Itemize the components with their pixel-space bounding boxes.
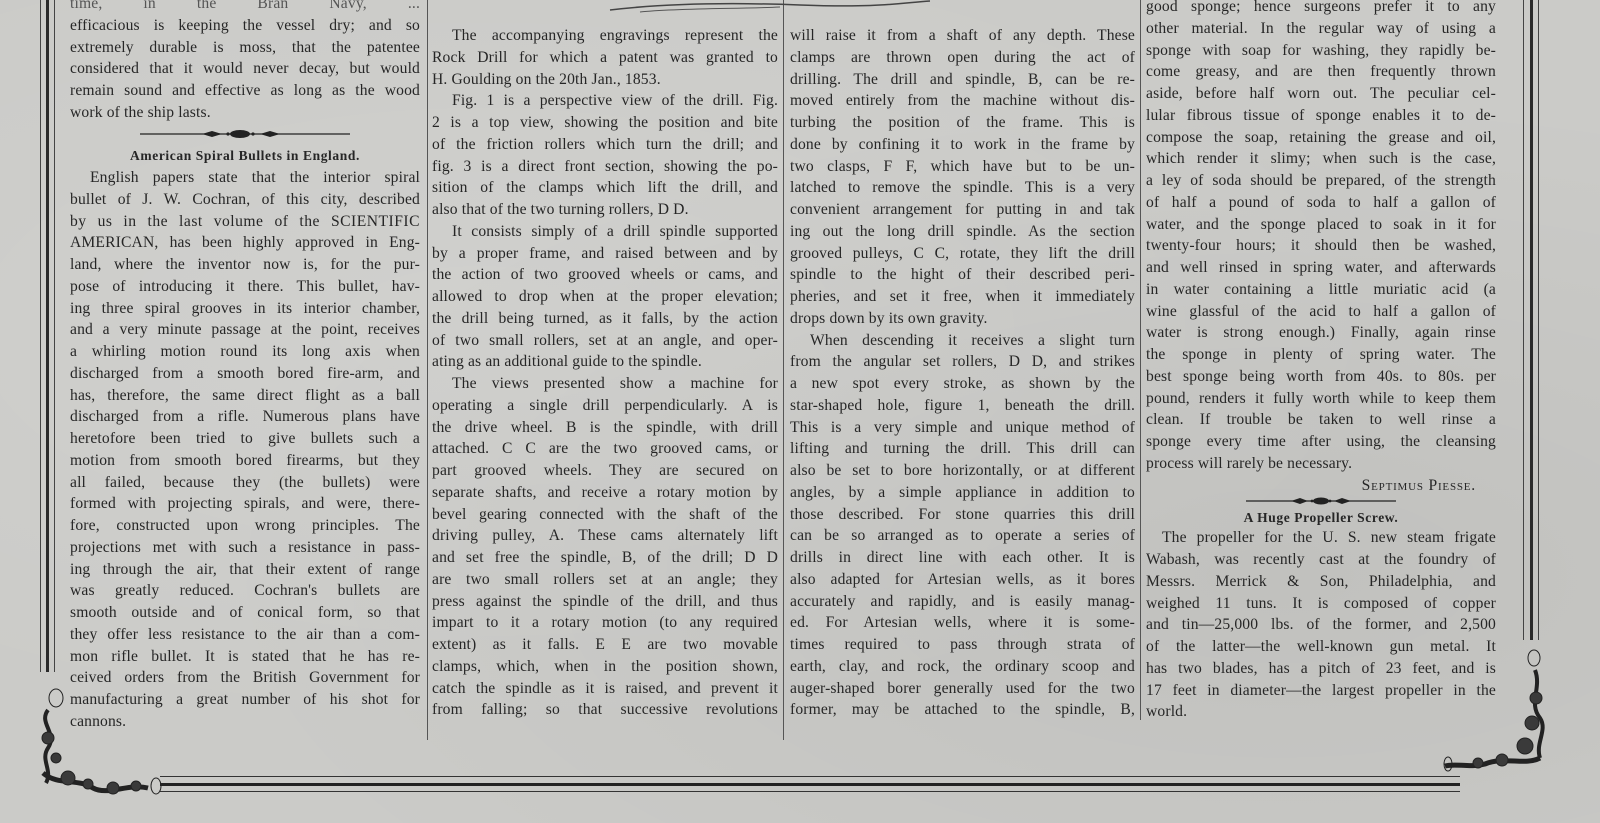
- text-line: good sponge; hence surgeons prefer it to…: [1146, 0, 1496, 18]
- text-line: Rock Drill for which a patent was grante…: [432, 47, 778, 69]
- right-border-rule-outer: [1523, 0, 1524, 640]
- text-line: wine glassful of the acid to half a gall…: [1146, 301, 1496, 323]
- text-line: The propeller for the U. S. new steam fr…: [1146, 527, 1496, 549]
- text-line: all failed, because they (the bullets) w…: [70, 472, 420, 494]
- text-line: also adapted for Artesian wells, as it b…: [790, 569, 1135, 591]
- text-line: and a very minute passage at the point, …: [70, 319, 420, 341]
- divider-flourish-icon: [140, 129, 350, 139]
- text-line: Wabash, was recently cast at the foundry…: [1146, 549, 1496, 571]
- text-line: and well rinsed in spring water, and aft…: [1146, 257, 1496, 279]
- text-line: land, where the inventor now is, for the…: [70, 254, 420, 276]
- text-line: fig. 3 is a direct front section, showin…: [432, 156, 778, 178]
- author-signature: Septimus Piesse.: [1146, 475, 1496, 497]
- text-line: are two small rollers set at an angle; t…: [432, 569, 778, 591]
- text-line: work of the ship lasts.: [70, 102, 420, 124]
- text-line: turbing the position of the frame. This …: [790, 112, 1135, 134]
- ornamental-corner-bottom-left-icon: [18, 678, 168, 808]
- text-line: by us in the last volume of the SCIENTIF…: [70, 211, 420, 233]
- article-heading: American Spiral Bullets in England.: [70, 145, 420, 167]
- text-line: motion from smooth bored firearms, but t…: [70, 450, 420, 472]
- text-line: fore, constructed upon wrong principles.…: [70, 515, 420, 537]
- text-line: ating as an additional guide to the spin…: [432, 351, 778, 373]
- text-line: in water containing a little muriatic ac…: [1146, 279, 1496, 301]
- column-separator-1: [427, 0, 428, 740]
- text-line: extent) as it falls. E E are two movable: [432, 634, 778, 656]
- right-border-rule-inner: [1538, 0, 1539, 640]
- text-line: discharged from a smooth bored fire-arm,…: [70, 363, 420, 385]
- text-line: pound, renders it fully worth while to k…: [1146, 388, 1496, 410]
- text-line: the drive wheel. B is the spindle, with …: [432, 417, 778, 439]
- text-line: drilling. The drill and spindle, B, can …: [790, 69, 1135, 91]
- text-line: operating a single drill perpendicularly…: [432, 395, 778, 417]
- text-line: moved entirely from the machine without …: [790, 90, 1135, 112]
- text-line: two clasps, F F, which have but to be un…: [790, 156, 1135, 178]
- text-line: water, and the sponge placed to soak in …: [1146, 214, 1496, 236]
- text-line: It consists simply of a drill spindle su…: [432, 221, 778, 243]
- text-line: drops down by its own gravity.: [790, 308, 1135, 330]
- text-line: process will rarely be necessary.: [1146, 453, 1496, 475]
- text-line: aside, before half worn out. The peculia…: [1146, 83, 1496, 105]
- text-line: pose of introducing it there. This bulle…: [70, 276, 420, 298]
- ornamental-corner-bottom-right-icon: [1440, 648, 1570, 778]
- bottom-border-rule-thick: [160, 783, 1460, 786]
- text-line: clean. If trouble be taken to well rinse…: [1146, 409, 1496, 431]
- text-line: mon rifle bullet. It is stated that he h…: [70, 646, 420, 668]
- text-line: H. Goulding on the 20th Jan., 1853.: [432, 69, 778, 91]
- text-line: ed. For Artesian wells, where it is some…: [790, 612, 1135, 634]
- text-line: spindle to the hight of their described …: [790, 264, 1135, 286]
- text-line: they offer less resistance to the air th…: [70, 624, 420, 646]
- text-line: AMERICAN, has been highly approved in En…: [70, 232, 420, 254]
- text-line: driving pulley, A. These cams alternatel…: [432, 525, 778, 547]
- right-border-rule-thick: [1530, 0, 1533, 640]
- column-2: The accompanying engravings represent th…: [432, 25, 778, 721]
- text-line: time, in the Bran Navy, ...: [70, 0, 420, 15]
- text-line: ing out the long drill spindle. As the s…: [790, 221, 1135, 243]
- bottom-border-rule-top: [160, 776, 1460, 777]
- text-line: bevel gearing connected with the shaft o…: [432, 504, 778, 526]
- text-line: and tin—25,000 lbs. of the former, and 2…: [1146, 614, 1496, 636]
- text-line: and set free the spindle, B, of the dril…: [432, 547, 778, 569]
- text-line: the sponge in plenty of spring water. Th…: [1146, 344, 1496, 366]
- text-line: grooved pulleys, C C, rotate, they lift …: [790, 243, 1135, 265]
- text-line: those described. For stone quarries this…: [790, 504, 1135, 526]
- text-line: the action of two grooved wheels or cams…: [432, 264, 778, 286]
- text-line: clamps are thrown open during the act of: [790, 47, 1135, 69]
- text-line: of the friction rollers which turn the d…: [432, 134, 778, 156]
- text-line: water is strong enough.) Finally, again …: [1146, 322, 1496, 344]
- text-line: accurately and rapidly, and is easily ma…: [790, 591, 1135, 613]
- text-line: best sponge being worth from 40s. to 80s…: [1146, 366, 1496, 388]
- column-3: will raise it from a shaft of any depth.…: [790, 25, 1135, 721]
- column-4: good sponge; hence surgeons prefer it to…: [1146, 0, 1496, 723]
- divider-flourish-icon: [1246, 496, 1396, 506]
- text-line: a whirling motion round its long axis wh…: [70, 341, 420, 363]
- text-line: This is a very simple and unique method …: [790, 417, 1135, 439]
- text-line: can be so arranged as to operate a serie…: [790, 525, 1135, 547]
- text-line: impart to it a rotary motion (to any req…: [432, 612, 778, 634]
- text-line: a new spot every stroke, as shown by the: [790, 373, 1135, 395]
- text-line: of two small rollers, set at an angle, a…: [432, 330, 778, 352]
- column-separator-2: [783, 0, 784, 740]
- column-separator-3: [1140, 0, 1141, 720]
- text-line: former, may be attached to the spindle, …: [790, 699, 1135, 721]
- text-line: bullet of J. W. Cochran, of this city, d…: [70, 189, 420, 211]
- text-line: The accompanying engravings represent th…: [432, 25, 778, 47]
- bottom-border-rule-bottom: [160, 791, 1460, 792]
- text-line: formed with projecting spirals, and were…: [70, 493, 420, 515]
- newspaper-page: time, in the Bran Navy, ... efficacious …: [0, 0, 1600, 823]
- text-line: angles, by a simple appliance in additio…: [790, 482, 1135, 504]
- text-line: earth, clay, and rock, the ordinary scoo…: [790, 656, 1135, 678]
- text-line: lifting and turning the drill. This dril…: [790, 438, 1135, 460]
- text-line: other material. In the regular way of us…: [1146, 18, 1496, 40]
- text-line: was greatly reduced. Cochran's bullets a…: [70, 580, 420, 602]
- text-line: press against the spindle of the drill, …: [432, 591, 778, 613]
- text-line: The views presented show a machine for: [432, 373, 778, 395]
- text-line: 2 is a top view, showing the position an…: [432, 112, 778, 134]
- text-line: has, therefore, the same direct flight a…: [70, 385, 420, 407]
- text-line: come greasy, and are then frequently thr…: [1146, 61, 1496, 83]
- ornamental-divider: [70, 124, 420, 146]
- text-line: extremely durable is moss, that the pate…: [70, 37, 420, 59]
- text-line: drills in direct line with each other. I…: [790, 547, 1135, 569]
- text-line: weighed 11 tuns. It is composed of coppe…: [1146, 593, 1496, 615]
- text-line: also that of the two turning rollers, D …: [432, 199, 778, 221]
- text-line: projections met with such a resistance i…: [70, 537, 420, 559]
- text-line: convenient arrangement for putting in an…: [790, 199, 1135, 221]
- text-line: sponge with soap for washing, they rapid…: [1146, 40, 1496, 62]
- text-line: also be set to bore horizontally, or at …: [790, 460, 1135, 482]
- text-line: done by confining it to work in the fram…: [790, 134, 1135, 156]
- text-line: allowed to drop when at the proper eleva…: [432, 286, 778, 308]
- column-1: time, in the Bran Navy, ... efficacious …: [70, 0, 420, 733]
- text-line: star-shaped hole, figure 1, beneath the …: [790, 395, 1135, 417]
- left-border-rule-inner: [54, 0, 55, 672]
- text-line: lular fibrous tissue of sponge enables i…: [1146, 105, 1496, 127]
- text-line: by a proper frame, and raised between an…: [432, 243, 778, 265]
- text-line: which render it slimy; when such is the …: [1146, 148, 1496, 170]
- text-line: catch the spindle as it is raised, and p…: [432, 678, 778, 700]
- text-line: part grooved wheels. They are secured on: [432, 460, 778, 482]
- text-line: compose the soap, retaining the grease a…: [1146, 127, 1496, 149]
- text-line: Messrs. Merrick & Son, Philadelphia, and: [1146, 571, 1496, 593]
- text-line: separate shafts, and receive a rotary mo…: [432, 482, 778, 504]
- text-line: considered that it would never decay, bu…: [70, 58, 420, 80]
- text-line: latched to remove the spindle. This is a…: [790, 177, 1135, 199]
- text-line: sponge every time after using, the clean…: [1146, 431, 1496, 453]
- text-line: pheries, and set it free, when it immedi…: [790, 286, 1135, 308]
- engraving-fragment: [600, 0, 940, 14]
- text-line: smooth outside and of conical form, so t…: [70, 602, 420, 624]
- left-border-rule-outer: [40, 0, 41, 672]
- ornamental-divider: [1146, 496, 1496, 508]
- text-line: times required to pass through strata of: [790, 634, 1135, 656]
- text-line: a ley of soda should be prepared, of the…: [1146, 170, 1496, 192]
- text-line: ing three spiral grooves in its interior…: [70, 298, 420, 320]
- text-line: from falling; so that successive revolut…: [432, 699, 778, 721]
- text-line: English papers state that the interior s…: [70, 167, 420, 189]
- text-line: sition of the clamps which lift the dril…: [432, 177, 778, 199]
- text-line: attached. C C are the two grooved cams, …: [432, 438, 778, 460]
- text-line: remain sound and effective as long as th…: [70, 80, 420, 102]
- text-line: ing through the air, that their extent o…: [70, 559, 420, 581]
- text-line: clamps, which, when in the position show…: [432, 656, 778, 678]
- text-line: the drill being turned, as it falls, by …: [432, 308, 778, 330]
- text-line: of half a pound of soda to half a gallon…: [1146, 192, 1496, 214]
- text-line: will raise it from a shaft of any depth.…: [790, 25, 1135, 47]
- text-line: discharged from a rifle. Numerous plans …: [70, 406, 420, 428]
- text-line: auger-shaped borer generally used for th…: [790, 678, 1135, 700]
- article-heading: A Huge Propeller Screw.: [1146, 508, 1496, 527]
- text-line: twenty-four hours; it should then be was…: [1146, 235, 1496, 257]
- text-line: Fig. 1 is a perspective view of the dril…: [432, 90, 778, 112]
- text-line: from the angular set rollers, D D, and s…: [790, 351, 1135, 373]
- text-line: When descending it receives a slight tur…: [790, 330, 1135, 352]
- text-line: efficacious is keeping the vessel dry; a…: [70, 15, 420, 37]
- left-border-rule-thick: [46, 0, 49, 672]
- text-line: heretofore been tried to give bullets su…: [70, 428, 420, 450]
